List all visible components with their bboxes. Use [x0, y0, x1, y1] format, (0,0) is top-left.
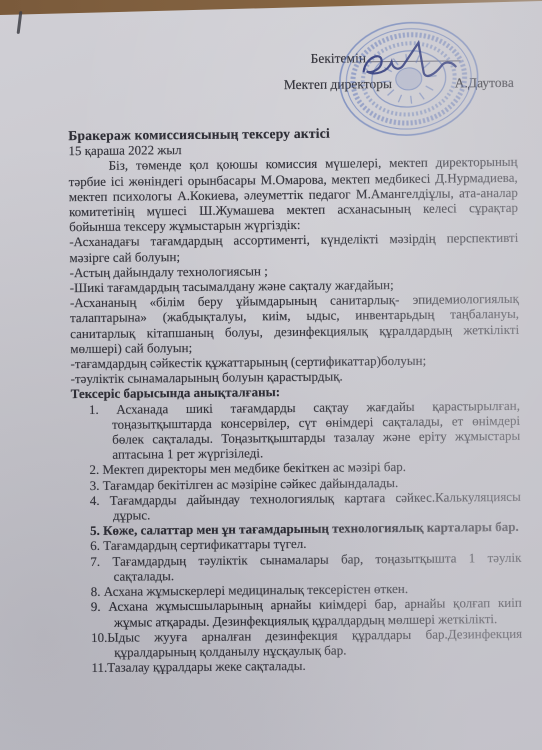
- finding-item: 4. Тағамдарды дайындау технологиялық кар…: [72, 489, 521, 524]
- check-item: -Асхананың «білім беру ұйымдарының санит…: [70, 291, 520, 356]
- finding-item: 7. Тағамдардың тәуліктік сынамалары бар,…: [72, 550, 521, 585]
- director-name: А.Даутова: [455, 75, 514, 91]
- finding-item: 11.Тазалау құралдары жеке сақталады.: [73, 656, 522, 676]
- signature-line: [369, 48, 461, 62]
- approval-block: Бекітемін Мектеп директоры А.Даутова: [283, 48, 513, 92]
- paper-sheet: Бекітемін Мектеп директоры А.Даутова: [0, 0, 542, 750]
- intro-paragraph: Біз, төменде қол қоюшы комиссия мүшелері…: [69, 154, 519, 234]
- document-content: Бекітемін Мектеп директоры А.Даутова: [67, 0, 522, 675]
- finding-item: 1. Асханада шикі тағамдарды сақтау жағда…: [71, 397, 521, 462]
- director-label: Мектеп директоры: [284, 76, 392, 92]
- check-item: -Асханадағы тағамдардың ассортименті, кү…: [69, 230, 518, 265]
- finding-item: 10.Ыдыс жууға арналған дезинфекция құрал…: [73, 626, 522, 661]
- approve-line: Бекітемін: [310, 48, 513, 66]
- approve-label: Бекітемін: [310, 50, 366, 66]
- finding-item: 9. Асхана жұмысшыларының арнайы киімдері…: [73, 595, 522, 630]
- director-line: Мектеп директоры А.Даутова: [284, 75, 514, 92]
